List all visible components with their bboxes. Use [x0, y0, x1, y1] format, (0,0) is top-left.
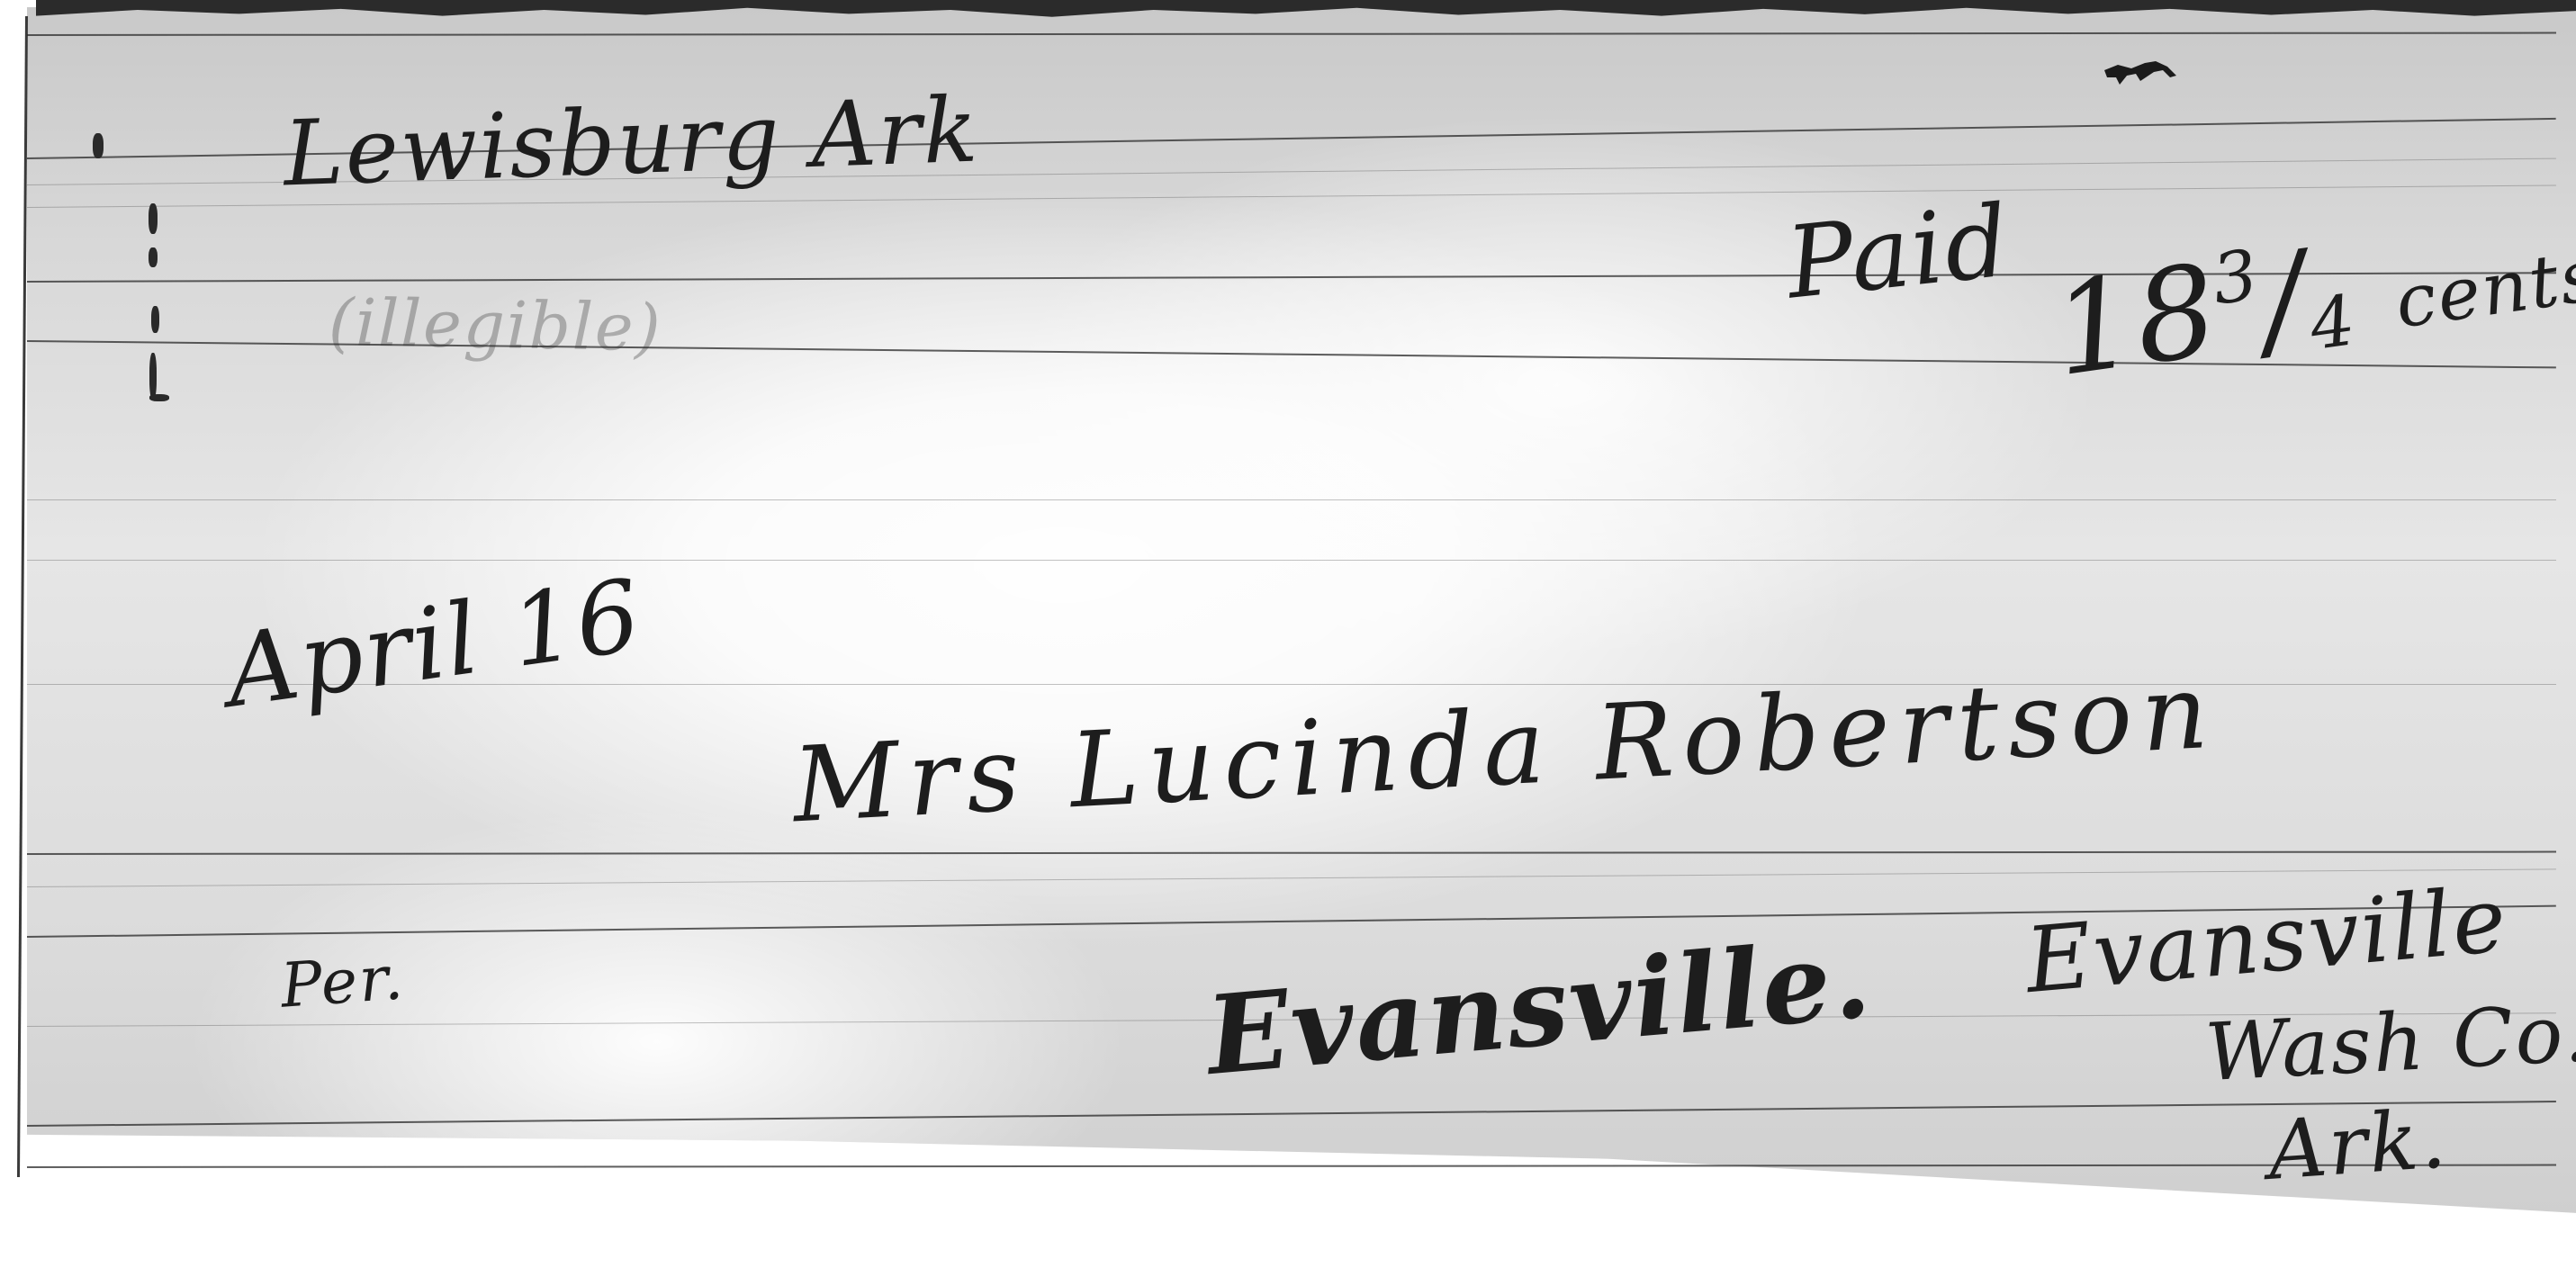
margin-ink-mark: [149, 203, 158, 234]
postmark-town: Lewisburg Ark: [282, 85, 980, 200]
margin-ink-mark: [149, 247, 158, 267]
postage-denominator: 4: [2306, 286, 2361, 361]
postage-unit: cents.: [2390, 229, 2576, 344]
ruled-line: [27, 499, 2556, 500]
paid-marking: Paid: [1782, 191, 2014, 312]
scanned-document: Lewisburg Ark (illegible) Paid 183/4 cen…: [0, 0, 2576, 1268]
address-state: Ark.: [2265, 1099, 2450, 1192]
routing-label: Per.: [279, 948, 407, 1017]
ink-blot: [2100, 54, 2181, 90]
paper-left-edge: [17, 16, 28, 1177]
margin-ink-mark: [93, 133, 104, 158]
postage-whole: 18: [2045, 237, 2228, 405]
postage-numerator: 3: [2209, 240, 2264, 315]
ruled-line: [27, 560, 2556, 561]
faint-illegible-line: (illegible): [328, 290, 662, 360]
margin-ink-mark: [151, 306, 159, 333]
margin-ink-mark: [149, 394, 169, 401]
address-county: Wash Co.: [2203, 994, 2576, 1093]
margin-ink-mark: [149, 353, 157, 400]
